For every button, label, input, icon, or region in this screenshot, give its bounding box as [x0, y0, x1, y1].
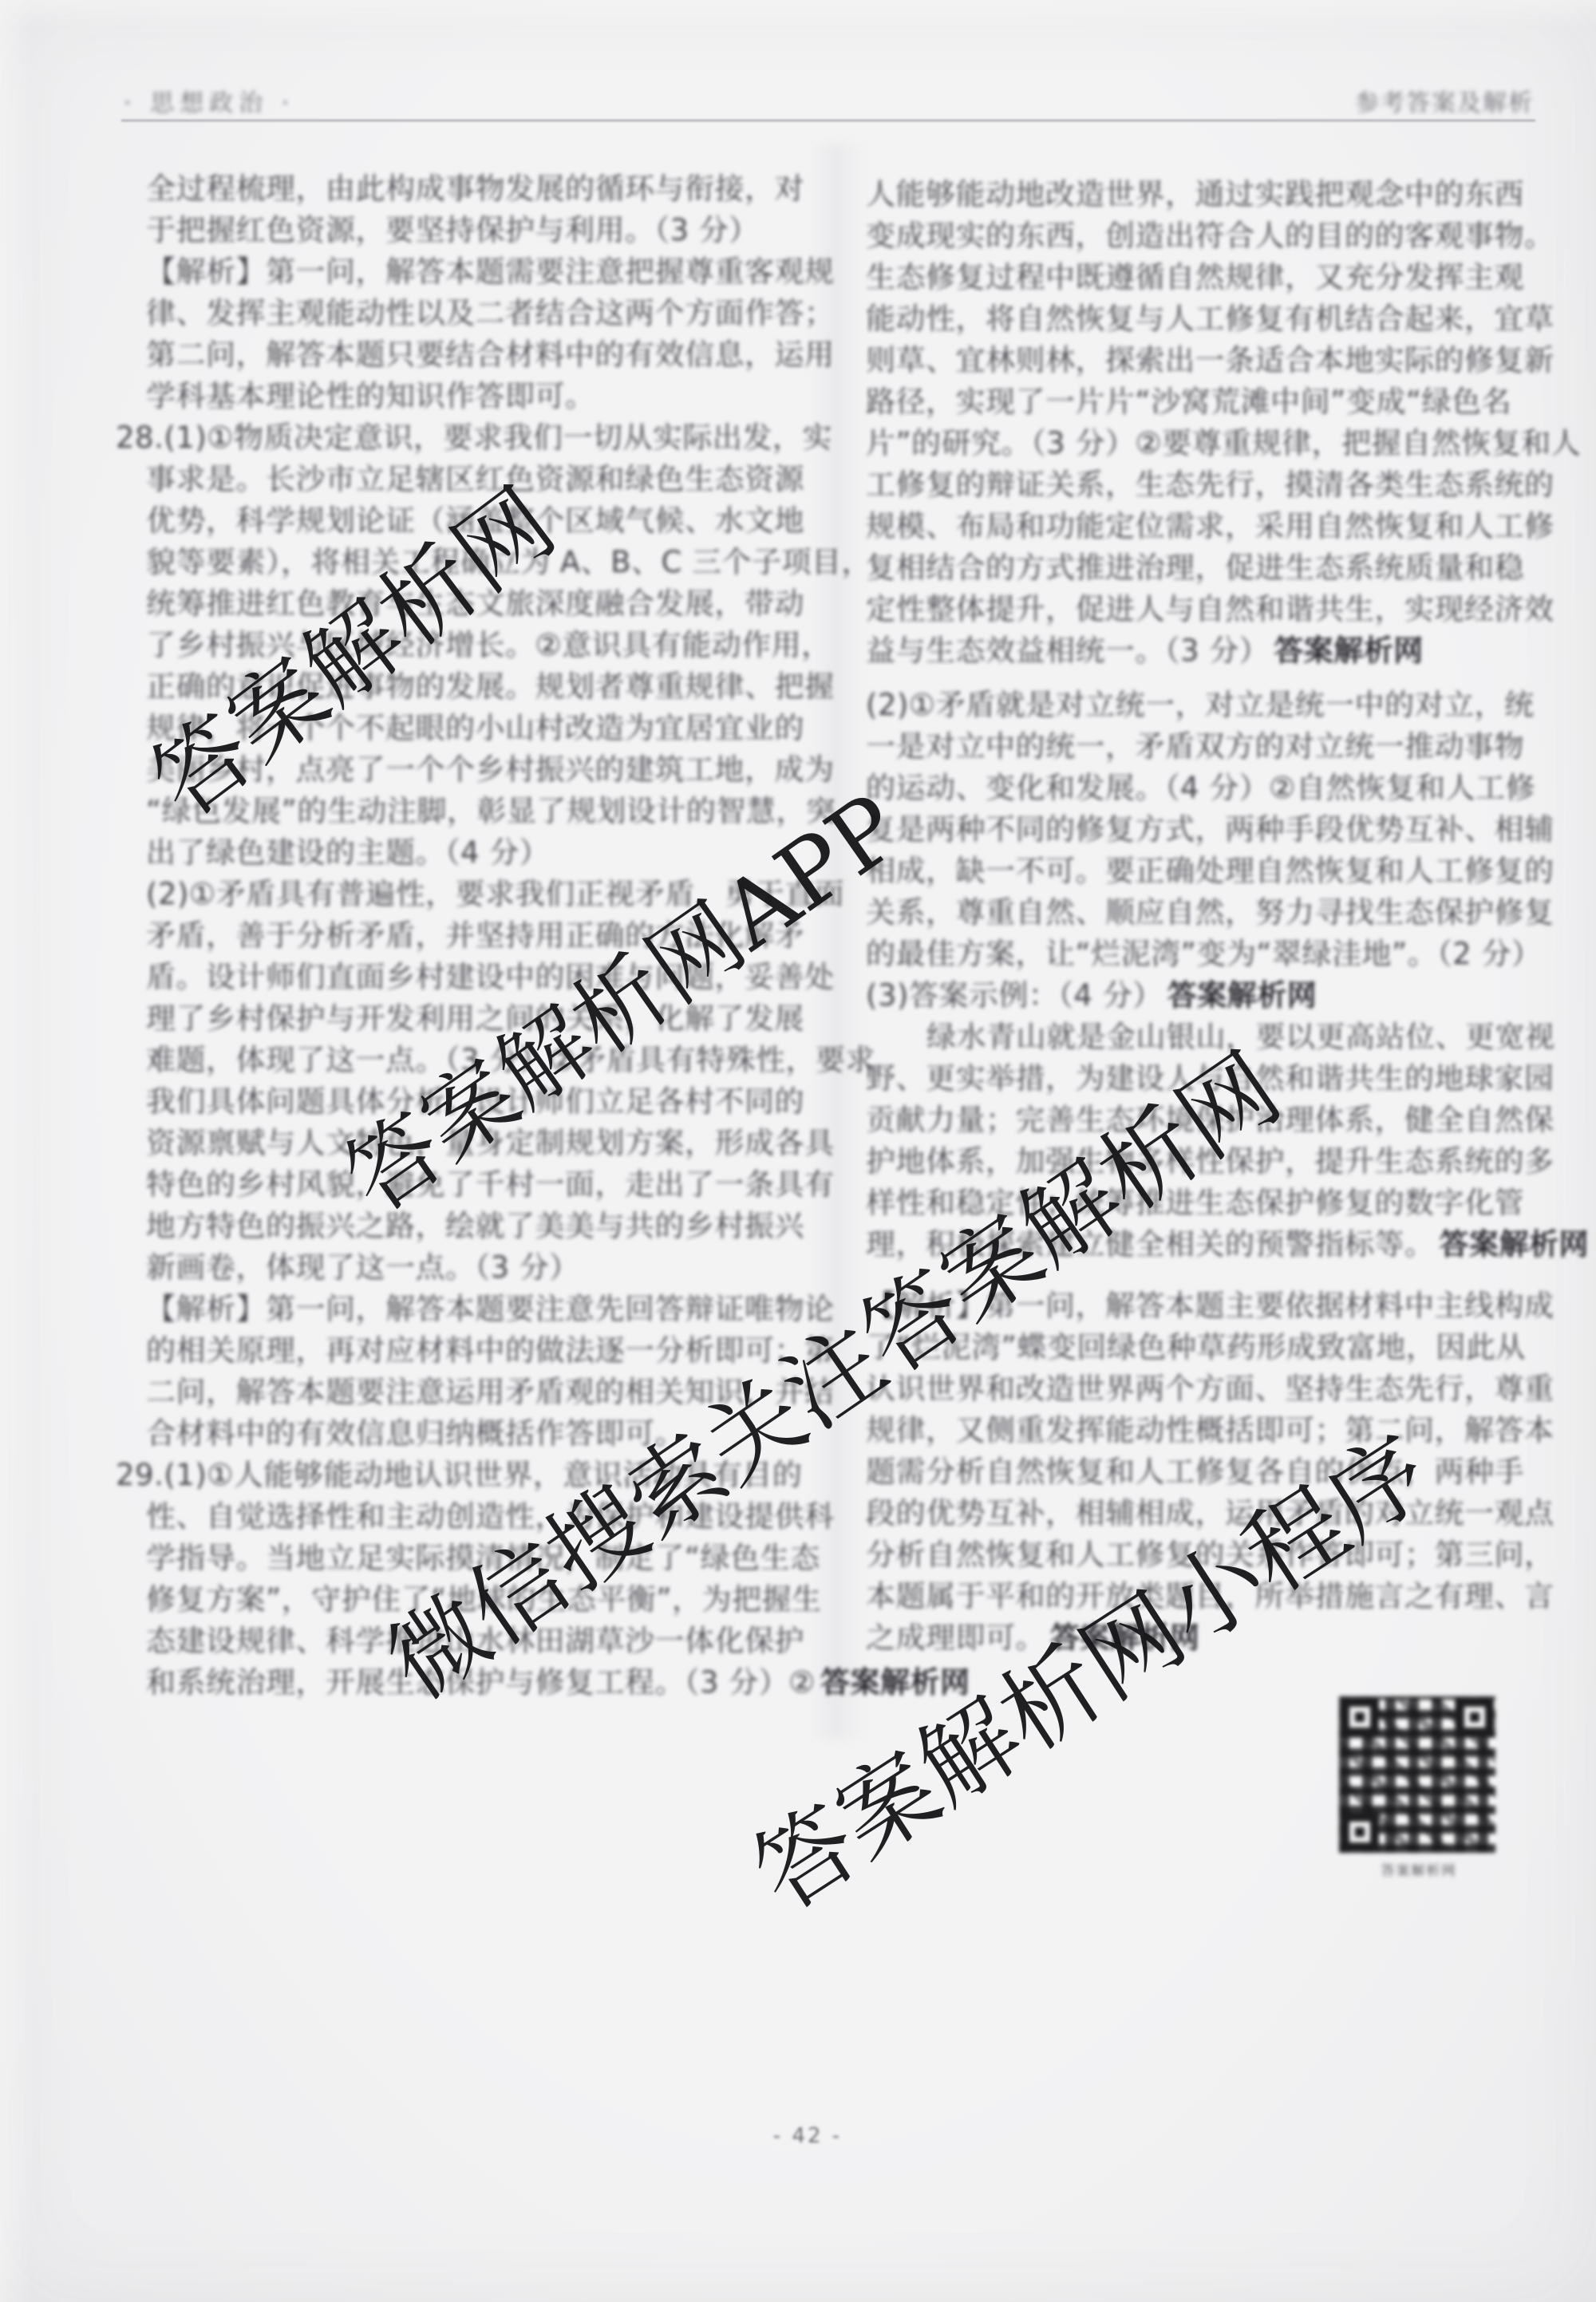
text-line: 【解析】第一问，解答本题需要注意把握尊重客观规 — [146, 248, 813, 290]
text-line-content: 人能够能动地改造世界，通过实践把观念中的东西 — [866, 170, 1524, 213]
text-line: 复相结合的方式推进治理，促进生态系统质量和稳 — [866, 544, 1533, 586]
qr-finder-icon — [1341, 1698, 1379, 1736]
text-line-content: 律、发挥主观能动性以及二者结合这两个方面作答； — [146, 289, 835, 332]
text-line-content: 全过程梳理，由此构成事物发展的循环与衔接，对 — [146, 164, 804, 207]
text-line-content: 【解析】第一问，解答本题要注意先回答辩证唯物论 — [146, 1285, 835, 1328]
text-line: 认识世界和改造世界两个方面、坚持生态先行，尊重 — [866, 1365, 1533, 1407]
text-line: 定性整体提升，促进人与自然和谐共生，实现经济效 — [866, 586, 1533, 627]
text-line: 相成，缺一不可。要正确处理自然恢复和人工修复的 — [866, 847, 1533, 889]
text-line: 复是两种不同的修复方式，两种手段优势互补、相辅 — [866, 806, 1533, 847]
text-line: 28.(1)①物质决定意识，要求我们一切从实际出发，实 — [116, 414, 813, 456]
text-line: (3)答案示例：（4 分）答案解析网 — [866, 972, 1533, 1013]
text-line: 律、发挥主观能动性以及二者结合这两个方面作答； — [146, 290, 813, 331]
text-line: (2)①矛盾就是对立统一，对立是统一中的对立，统 — [866, 681, 1533, 723]
text-line-content: 规律，又侧重发挥能动性概括即可；第二问，解答本 — [866, 1406, 1555, 1449]
text-line: 地方特色的振兴之路，绘就了美美与共的乡村振兴 — [146, 1202, 813, 1244]
text-line-content: 能动性，将自然恢复与人工修复有机结合起来，宜草 — [866, 294, 1555, 338]
text-line-content: 相成，缺一不可。要正确处理自然恢复和人工修复的 — [866, 847, 1555, 890]
text-line-content: 新画卷，体现了这一点。（3 分） — [146, 1243, 579, 1286]
text-line-content: 【解析】第一问，解答本题需要注意把握尊重客观规 — [146, 247, 835, 290]
text-line: 变成现实的东西，创造出符合人的目的的客观事物。 — [866, 212, 1533, 254]
text-line: 能动性，将自然恢复与人工修复有机结合起来，宜草 — [866, 295, 1533, 337]
right-column: 人能够能动地改造世界，通过实践把观念中的东西变成现实的东西，创造出符合人的目的的… — [866, 171, 1533, 1656]
text-line-content: 一是对立中的统一，矛盾双方的对立统一推动事物 — [866, 722, 1524, 765]
text-line-content: 则草、宜林则林，探索出一条适合本地实际的修复新 — [866, 336, 1555, 379]
text-line-content: 益与生态效益相统一。（3 分） — [866, 626, 1269, 669]
text-line: 则草、宜林则林，探索出一条适合本地实际的修复新 — [866, 337, 1533, 378]
text-line: 规模、布局和功能定位需求，采用自然恢复和人工修 — [866, 503, 1533, 544]
text-line-content: 第二问，解答本题只要结合材料中的有效信息，运用 — [146, 330, 835, 373]
text-line: 益与生态效益相统一。（3 分）答案解析网 — [866, 627, 1533, 669]
text-line-content: 生态修复过程中既遵循自然规律，又充分发挥主观 — [866, 253, 1524, 296]
text-line: 学科基本理论性的知识作答即可。 — [146, 373, 813, 414]
text-line-content: 复是两种不同的修复方式，两种手段优势互补、相辅 — [866, 805, 1555, 848]
site-stamp: 答案解析网 — [1167, 971, 1317, 1014]
text-line: 新画卷，体现了这一点。（3 分） — [146, 1244, 813, 1285]
text-line: 人能够能动地改造世界，通过实践把观念中的东西 — [866, 171, 1533, 212]
text-line: 生态修复过程中既遵循自然规律，又充分发挥主观 — [866, 254, 1533, 295]
qr-finder-icon — [1341, 1813, 1379, 1851]
text-line: 片”的研究。（3 分）②要尊重规律，把握自然恢复和人 — [866, 420, 1533, 461]
text-line: 于把握红色资源，要坚持保护与利用。（3 分） — [146, 207, 813, 248]
text-line: 规律，又侧重发挥能动性概括即可；第二问，解答本 — [866, 1407, 1533, 1448]
text-line: 的相关原理，再对应材料中的做法逐一分析即可；第 — [146, 1327, 813, 1368]
text-line-content: 复相结合的方式推进治理，促进生态系统质量和稳 — [866, 543, 1524, 586]
site-stamp: 答案解析网 — [1274, 626, 1424, 669]
scanned-answer-page: · 思想政治 · 参考答案及解析 全过程梳理，由此构成事物发展的循环与衔接，对于… — [0, 0, 1596, 2302]
text-line-content: 学科基本理论性的知识作答即可。 — [146, 372, 595, 415]
text-line-content: 规模、布局和功能定位需求，采用自然恢复和人工修 — [866, 502, 1555, 545]
text-line: 的最佳方案，让“烂泥湾”变为“翠绿洼地”。（2 分） — [866, 930, 1533, 972]
text-line: 的运动、变化和发展。（4 分）②自然恢复和人工修 — [866, 764, 1533, 806]
header-rule — [121, 120, 1535, 121]
qr-caption: 答案解析网 — [1339, 1859, 1499, 1879]
text-line-content: 路径，实现了一片片“沙窝荒滩中间”变成“绿色名 — [866, 377, 1511, 421]
text-line-content: 工修复的辩证关系，生态先行，摸清各类生态系统的 — [866, 460, 1555, 503]
text-line-content: (3)答案示例：（4 分） — [866, 971, 1163, 1014]
text-line-content: 变成现实的东西，创造出符合人的目的的客观事物。 — [866, 211, 1555, 255]
text-line: 关系，尊重自然、顺应自然，努力寻找生态保护修复 — [866, 889, 1533, 930]
qr-finder-icon — [1456, 1698, 1494, 1736]
text-line-content: 关系，尊重自然、顺应自然，努力寻找生态保护修复 — [866, 888, 1555, 931]
text-line: 工修复的辩证关系，生态先行，摸清各类生态系统的 — [866, 461, 1533, 503]
text-line: 【解析】第一问，解答本题要注意先回答辩证唯物论 — [146, 1285, 813, 1327]
text-line-content: 认识世界和改造世界两个方面、坚持生态先行，尊重 — [866, 1364, 1555, 1408]
site-stamp: 答案解析网 — [1440, 1220, 1590, 1263]
text-line: 第二问，解答本题只要结合材料中的有效信息，运用 — [146, 331, 813, 373]
text-line: 全过程梳理，由此构成事物发展的循环与衔接，对 — [146, 165, 813, 207]
text-line-content: 定性整体提升，促进人与自然和谐共生，实现经济效 — [866, 585, 1555, 628]
text-block: 全过程梳理，由此构成事物发展的循环与衔接，对于把握红色资源，要坚持保护与利用。（… — [146, 165, 813, 414]
text-line-content: 的运动、变化和发展。（4 分）②自然恢复和人工修 — [866, 764, 1535, 807]
qr-code — [1339, 1696, 1495, 1853]
qr-code-block: 答案解析网 — [1339, 1696, 1499, 1879]
text-line-content: 28.(1)①物质决定意识，要求我们一切从实际出发，实 — [116, 413, 832, 456]
header-title: 参考答案及解析 — [1355, 83, 1534, 118]
text-block: (2)①矛盾就是对立统一，对立是统一中的对立，统一是对立中的统一，矛盾双方的对立… — [866, 681, 1533, 1013]
text-block: 人能够能动地改造世界，通过实践把观念中的东西变成现实的东西，创造出符合人的目的的… — [866, 171, 1533, 669]
text-line: 路径，实现了一片片“沙窝荒滩中间”变成“绿色名 — [866, 378, 1533, 420]
page-number: - 42 - — [728, 2124, 887, 2148]
header-subject: · 思想政治 · — [124, 83, 294, 118]
text-line: 一是对立中的统一，矛盾双方的对立统一推动事物 — [866, 723, 1533, 764]
text-line-content: 于把握红色资源，要坚持保护与利用。（3 分） — [146, 206, 759, 249]
text-line-content: 片”的研究。（3 分）②要尊重规律，把握自然恢复和人 — [866, 419, 1581, 462]
text-line-content: (2)①矛盾就是对立统一，对立是统一中的对立，统 — [866, 681, 1535, 724]
text-line-content: 地方特色的振兴之路，绘就了美美与共的乡村振兴 — [146, 1202, 804, 1245]
text-line-content: 的最佳方案，让“烂泥湾”变为“翠绿洼地”。（2 分） — [866, 930, 1541, 973]
